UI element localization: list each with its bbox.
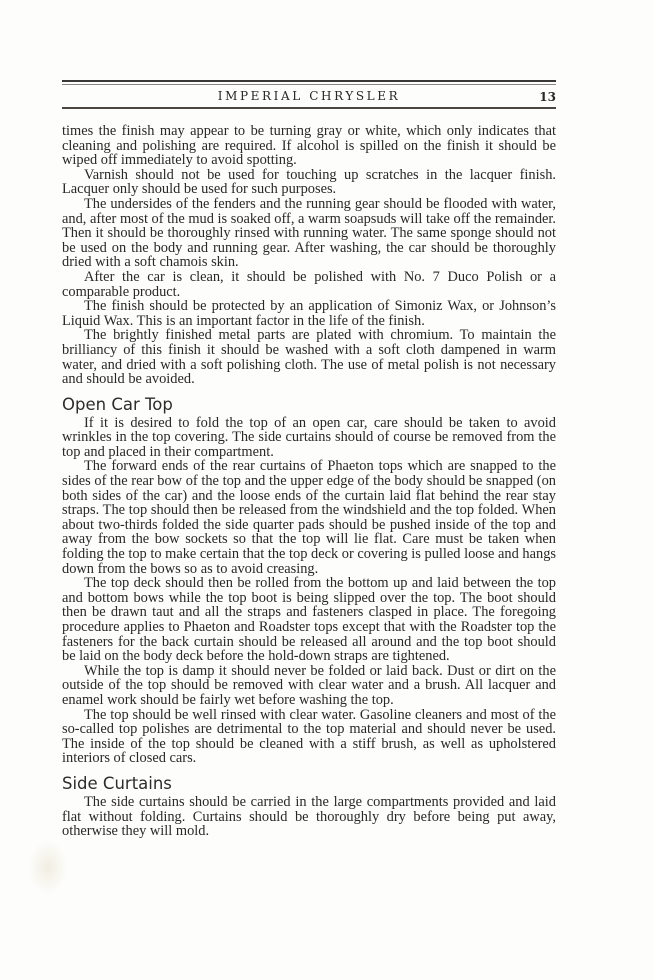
- header-rule-top-thick: [62, 80, 556, 82]
- paragraph: While the top is damp it should never be…: [62, 664, 556, 708]
- paragraph: After the car is clean, it should be pol…: [62, 270, 556, 299]
- section-heading-side-curtains: Side Curtains: [62, 774, 556, 794]
- header-rule-bottom: [62, 107, 556, 109]
- paragraph: The forward ends of the rear curtains of…: [62, 459, 556, 576]
- paragraph: The top deck should then be rolled from …: [62, 576, 556, 664]
- paragraph: The brightly finished metal parts are pl…: [62, 328, 556, 386]
- section-heading-open-car-top: Open Car Top: [62, 395, 556, 415]
- paragraph: The finish should be protected by an app…: [62, 299, 556, 328]
- paragraph: The undersides of the fenders and the ru…: [62, 197, 556, 270]
- header-rule-top-thin: [62, 84, 556, 85]
- page-stain: [28, 840, 68, 895]
- paragraph: times the finish may appear to be turnin…: [62, 124, 556, 168]
- page-number: 13: [539, 90, 556, 104]
- paragraph: Varnish should not be used for touching …: [62, 168, 556, 197]
- page-body: times the finish may appear to be turnin…: [62, 124, 556, 839]
- paragraph: The top should be well rinsed with clear…: [62, 708, 556, 766]
- running-title: IMPERIAL CHRYSLER: [62, 89, 556, 105]
- paragraph: If it is desired to fold the top of an o…: [62, 416, 556, 460]
- paragraph: The side curtains should be carried in t…: [62, 795, 556, 839]
